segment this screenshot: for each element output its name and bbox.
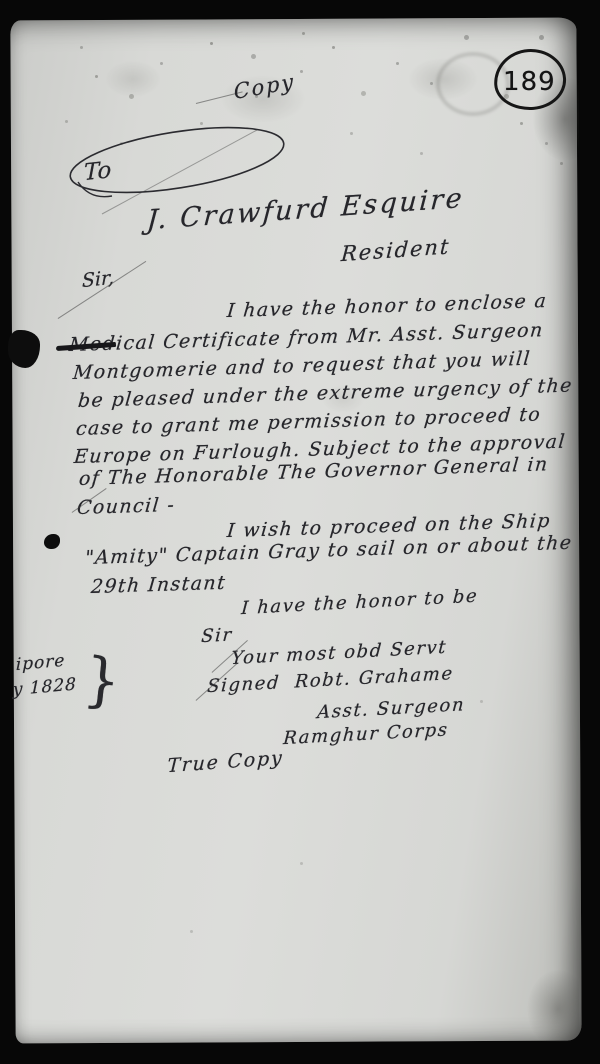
to-label: To: [84, 157, 111, 186]
salutation: Sir,: [82, 267, 114, 292]
margin-brace-mark: }: [81, 645, 124, 717]
body-line: 29th Instant: [90, 572, 227, 598]
document-photo: Copy 189 To J. Crawfurd Esquire Resident…: [0, 0, 600, 1064]
foxing-specks: [0, 0, 3, 3]
folio-number: 189: [503, 66, 556, 96]
closing-line: Sir: [201, 624, 234, 647]
